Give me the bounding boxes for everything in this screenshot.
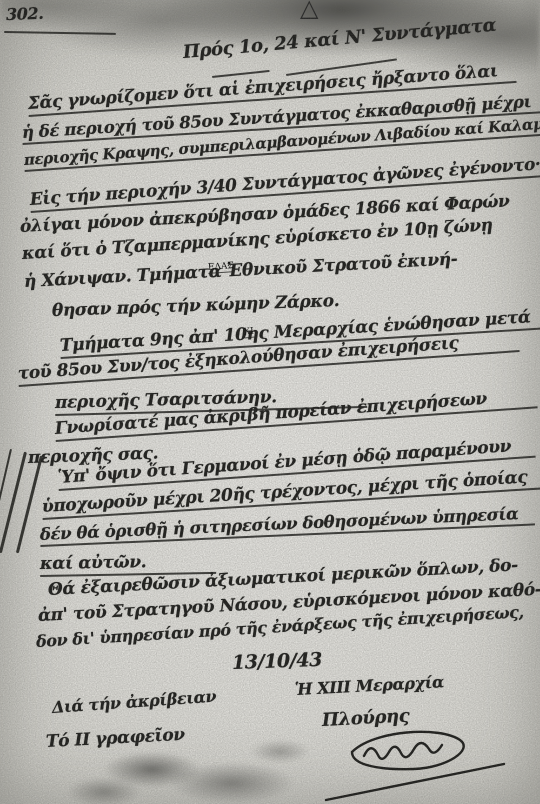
signature-unit-line: Ἡ ΧΙΙΙ Μεραρχία <box>295 672 445 699</box>
triangle-collation-mark-icon: △ <box>300 0 318 22</box>
handwritten-line: θησαν πρός τήν κώμην Ζάρκο. <box>52 291 340 321</box>
interlinear-insertion-xi: ΧΙ <box>243 327 254 339</box>
interlinear-insertion-elas: ΕΛΑΣ <box>208 261 235 274</box>
attestation-line-1: Διά τήν ἀκρίβειαν <box>51 687 216 717</box>
scanned-document-page: 302. △ Πρός 1ο, 24 καί Ν' Συντάγματα Σᾶς… <box>0 0 540 804</box>
document-date: 13/10/43 <box>232 649 323 674</box>
margin-emphasis-stroke <box>0 452 27 554</box>
signature-scrawl <box>318 722 518 804</box>
page-number: 302. <box>6 4 44 24</box>
